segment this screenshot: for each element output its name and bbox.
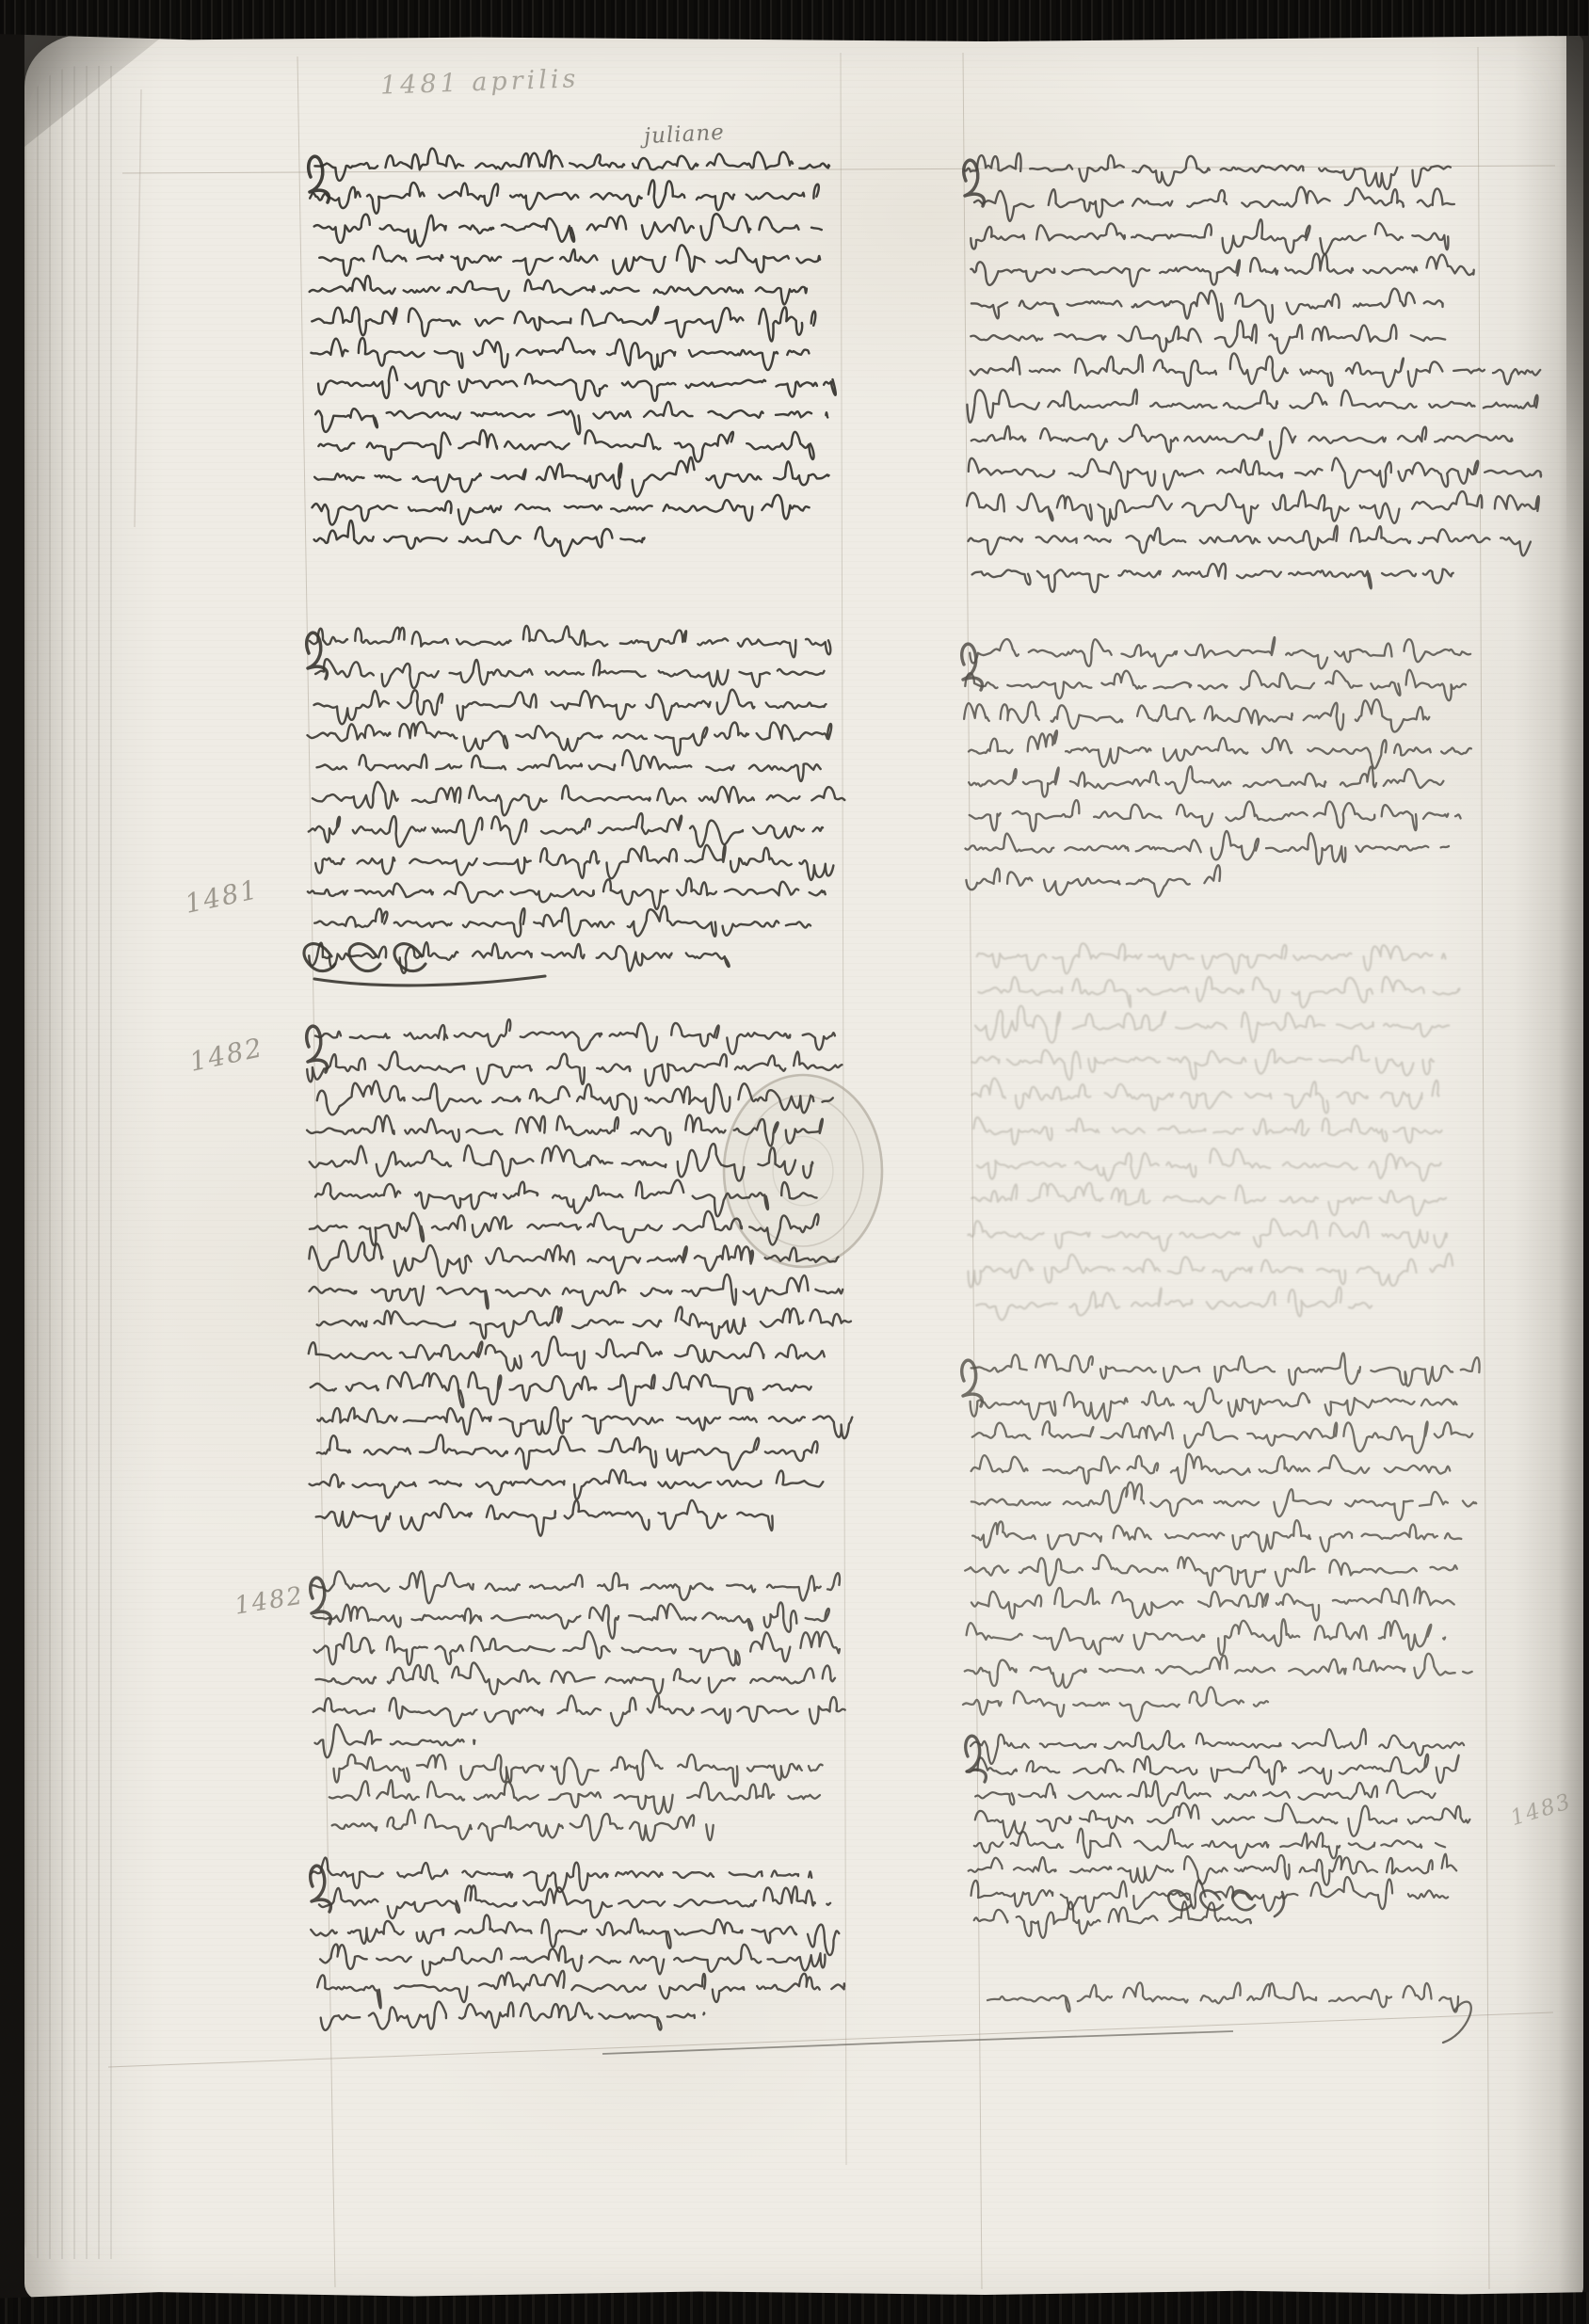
book-page-stack-edges (24, 66, 122, 2259)
scan-bottom-border (0, 2290, 1589, 2324)
binding-shadow (1566, 0, 1589, 565)
manuscript-page (24, 34, 1583, 2300)
scan-top-border (0, 0, 1589, 41)
manuscript-scan: 1481 aprilis juliane 1481 1482 1482 1483 (0, 0, 1589, 2324)
interlinear-word: juliane (643, 120, 725, 149)
